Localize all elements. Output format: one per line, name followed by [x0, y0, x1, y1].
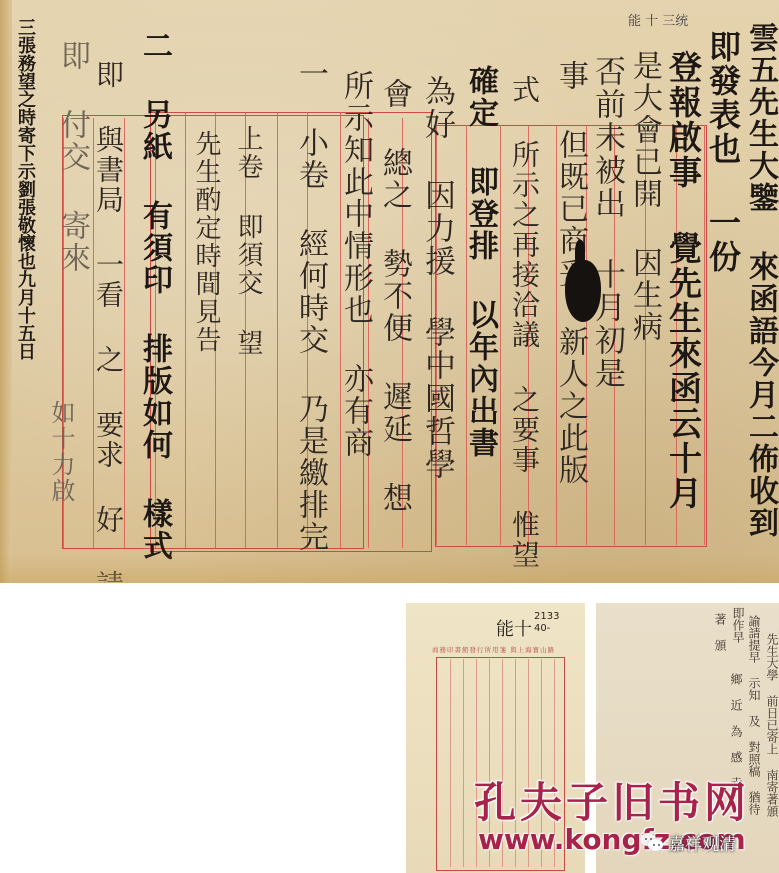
ruled-line [515, 659, 516, 867]
thumbnail-letter-page: 先生大學 前日已寄上 南寄著頒 諭請提早 示知 及 對照稿 猶待 即作早 鄉 近… [596, 603, 779, 873]
ruled-line [554, 659, 555, 867]
letter-column: 為好 因力援 學中國哲學 [415, 75, 460, 481]
ink-blot [565, 260, 601, 322]
ruled-line [476, 659, 477, 867]
letter-column: 登報啟事 覺先生來函云十月 [660, 50, 707, 511]
side-note: 三張務望之時寄下示劉張敬懷也九月十五日 [12, 18, 38, 360]
ruled-frame [436, 657, 565, 871]
printed-header: 商務印書館發行所用箋 與上海寶山路 [432, 645, 562, 654]
letter-column: 所示知此中情形也 亦有商 [333, 70, 377, 459]
letter-column: 確定 即登排 以年內出書 [458, 65, 502, 459]
thumbnail-envelope: 能十 2133 40- 商務印書館發行所用箋 與上海寶山路 [406, 603, 585, 873]
letter-column: 會 總之 勢不便 遲延 想 [372, 78, 416, 514]
handwritten-note: 能十 [496, 615, 532, 641]
paper-bottom-edge [0, 553, 779, 583]
letter-column: 先生酌定時間見告 [188, 130, 225, 354]
paper-edge [0, 0, 12, 583]
number-note: 2133 40- [534, 611, 559, 635]
letter-column: 即 付交 寄來 [50, 40, 94, 274]
letter-column: 諭請提早 示知 及 對照稿 猶待 [746, 615, 763, 815]
signature-trailer: 如十力啟 [44, 400, 79, 504]
letter-column: 著 頒 [712, 613, 729, 651]
ink-blot [575, 240, 585, 270]
ruled-line [463, 659, 464, 867]
letter-column: 上卷 即須交 望 [230, 125, 267, 357]
ruled-line [528, 659, 529, 867]
ruled-line [277, 112, 278, 548]
ruled-line [541, 659, 542, 867]
letter-column: 鄉 近 為 感 幸 [728, 673, 745, 789]
letter-column: 先生大學 前日已寄上 南寄著頒 [764, 633, 779, 817]
letter-column: 即作早 [730, 607, 747, 643]
ruled-line [502, 659, 503, 867]
ruled-line [489, 659, 490, 867]
letter-column: 一 小卷 經何時交 乃是繳排完 [288, 58, 332, 553]
letter-column: 二 另紙 有須印 排版如何 樣式 [132, 30, 176, 562]
ruled-line [185, 112, 186, 548]
letter-column: 式 所示之再接洽議 之要事 惟望 [504, 75, 544, 570]
ruled-line [450, 659, 451, 867]
main-letter-image: 能 十 三统 雲五先生大鑒 來函語今月二佈收到 即發表也 一份 登報啟事 覺先生… [0, 0, 779, 583]
letter-column: 即 與書局 一看 之 要求 好 請 [88, 60, 128, 583]
top-annotation: 能 十 三统 [628, 10, 688, 29]
